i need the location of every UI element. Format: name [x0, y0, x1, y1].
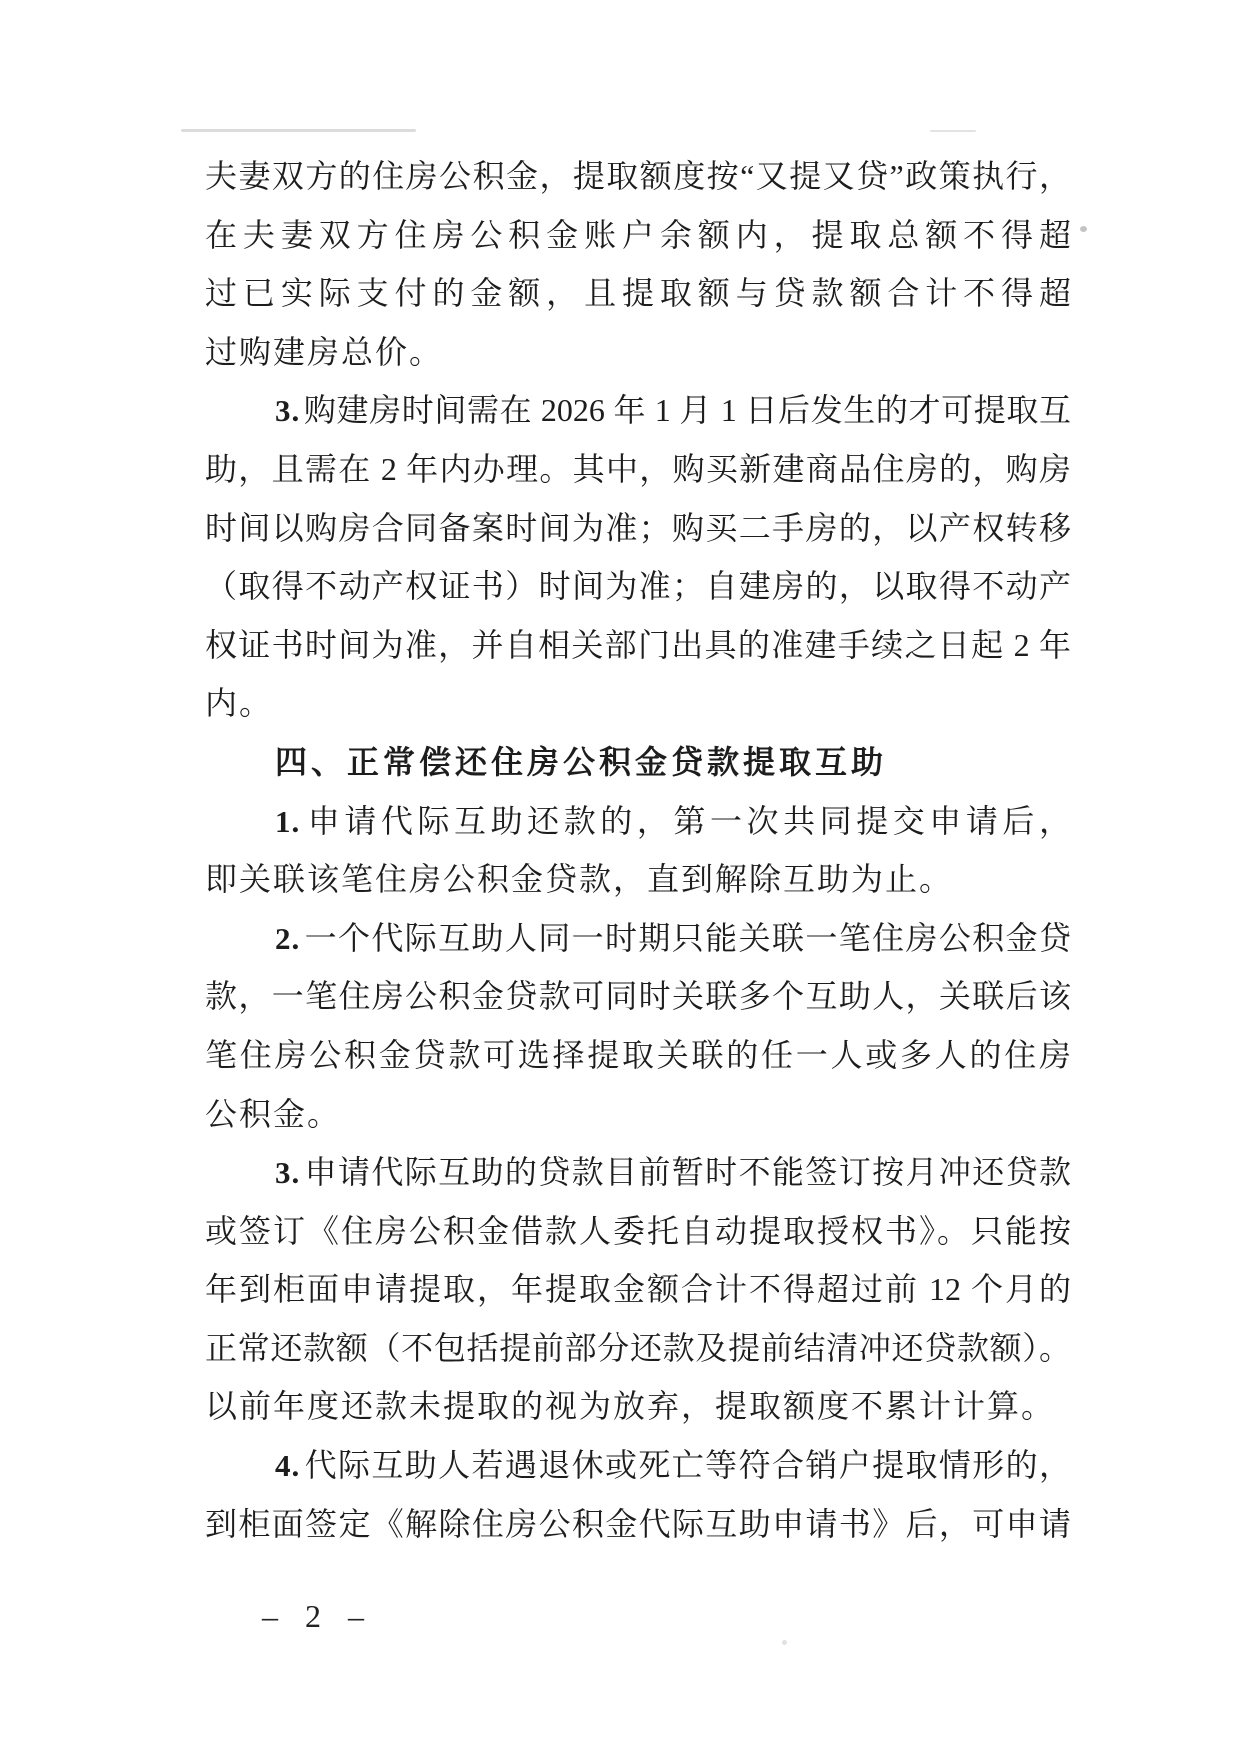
line-text: 申请代际互助的贷款目前暂时不能签订按月冲还贷款: [303, 1154, 1071, 1190]
list-number: 2.: [275, 921, 303, 956]
text-line: 助，且需在 2 年内办理。其中，购买新建商品住房的，购房: [205, 440, 1071, 499]
text-line: 正常还款额（不包括提前部分还款及提前结清冲还贷款额）。: [205, 1319, 1071, 1378]
line-text: 笔住房公积金贷款可选择提取关联的任一人或多人的住房: [205, 1037, 1071, 1073]
line-text: 年到柜面申请提取，年提取金额合计不得超过前 12 个月的: [205, 1271, 1071, 1307]
text-line: 以前年度还款未提取的视为放弃，提取额度不累计计算。: [205, 1377, 1071, 1436]
text-line: 夫妻双方的住房公积金，提取额度按“又提又贷”政策执行，: [205, 147, 1071, 206]
text-line: 3.购建房时间需在 2026 年 1 月 1 日后发生的才可提取互: [205, 381, 1071, 440]
line-text: 公积金。: [205, 1096, 341, 1132]
line-text: 到柜面签定《解除住房公积金代际互助申请书》后，可申请: [205, 1506, 1071, 1542]
line-text: 过购建房总价。: [205, 334, 443, 370]
list-number: 4.: [275, 1448, 303, 1483]
line-text: 一个代际互助人同一时期只能关联一笔住房公积金贷: [303, 920, 1071, 956]
text-line: 时间以购房合同备案时间为准；购买二手房的，以产权转移: [205, 499, 1071, 558]
list-number: 1.: [275, 804, 303, 839]
text-line: 公积金。: [205, 1085, 1071, 1144]
text-line: （取得不动产权证书）时间为准；自建房的，以取得不动产: [205, 557, 1071, 616]
scan-speck: [782, 1640, 787, 1645]
text-line: 或签订《住房公积金借款人委托自动提取授权书》。只能按: [205, 1202, 1071, 1261]
text-line: 到柜面签定《解除住房公积金代际互助申请书》后，可申请: [205, 1495, 1071, 1554]
line-text: 夫妻双方的住房公积金，提取额度按“又提又贷”政策执行，: [205, 158, 1071, 194]
text-line: 1.申请代际互助还款的，第一次共同提交申请后，: [205, 792, 1071, 851]
line-text: （取得不动产权证书）时间为准；自建房的，以取得不动产: [205, 568, 1071, 604]
list-number: 3.: [275, 1155, 303, 1190]
line-text: 权证书时间为准，并自相关部门出具的准建手续之日起 2 年: [205, 627, 1071, 663]
text-line: 内。: [205, 674, 1071, 733]
text-line: 即关联该笔住房公积金贷款，直到解除互助为止。: [205, 850, 1071, 909]
scan-streak: [930, 130, 976, 132]
line-text: 款，一笔住房公积金贷款可同时关联多个互助人，关联后该: [205, 978, 1071, 1014]
line-text: 时间以购房合同备案时间为准；购买二手房的，以产权转移: [205, 510, 1071, 546]
line-text: 即关联该笔住房公积金贷款，直到解除互助为止。: [205, 861, 953, 897]
text-line: 年到柜面申请提取，年提取金额合计不得超过前 12 个月的: [205, 1260, 1071, 1319]
line-text: 以前年度还款未提取的视为放弃，提取额度不累计计算。: [205, 1388, 1055, 1424]
document-body: 夫妻双方的住房公积金，提取额度按“又提又贷”政策执行， 在夫妻双方住房公积金账户…: [205, 147, 1071, 1553]
text-line: 权证书时间为准，并自相关部门出具的准建手续之日起 2 年: [205, 616, 1071, 675]
line-text: 购建房时间需在 2026 年 1 月 1 日后发生的才可提取互: [303, 392, 1071, 428]
text-line: 2.一个代际互助人同一时期只能关联一笔住房公积金贷: [205, 909, 1071, 968]
list-number: 3.: [275, 393, 303, 428]
page-number: – 2 –: [262, 1598, 369, 1635]
text-line: 过已实际支付的金额，且提取额与贷款额合计不得超: [205, 264, 1071, 323]
section-heading: 四、正常偿还住房公积金贷款提取互助: [205, 733, 1071, 792]
text-line: 款，一笔住房公积金贷款可同时关联多个互助人，关联后该: [205, 967, 1071, 1026]
scan-streak: [181, 129, 416, 132]
text-line: 笔住房公积金贷款可选择提取关联的任一人或多人的住房: [205, 1026, 1071, 1085]
line-text: 正常还款额（不包括提前部分还款及提前结清冲还贷款额）。: [205, 1330, 1071, 1366]
line-text: 代际互助人若遇退休或死亡等符合销户提取情形的，: [303, 1447, 1071, 1483]
line-text: 或签订《住房公积金借款人委托自动提取授权书》。只能按: [205, 1213, 1071, 1249]
line-text: 过已实际支付的金额，且提取额与贷款额合计不得超: [205, 275, 1071, 311]
line-text: 内。: [205, 685, 273, 721]
line-text: 申请代际互助还款的，第一次共同提交申请后，: [303, 803, 1071, 839]
heading-text: 四、正常偿还住房公积金贷款提取互助: [275, 744, 887, 780]
text-line: 4.代际互助人若遇退休或死亡等符合销户提取情形的，: [205, 1436, 1071, 1495]
line-text: 在夫妻双方住房公积金账户余额内，提取总额不得超: [205, 217, 1071, 253]
text-line: 过购建房总价。: [205, 323, 1071, 382]
document-page: 夫妻双方的住房公积金，提取额度按“又提又贷”政策执行， 在夫妻双方住房公积金账户…: [0, 0, 1240, 1754]
text-line: 3.申请代际互助的贷款目前暂时不能签订按月冲还贷款: [205, 1143, 1071, 1202]
text-line: 在夫妻双方住房公积金账户余额内，提取总额不得超: [205, 206, 1071, 265]
scan-speck: [1080, 226, 1087, 232]
line-text: 助，且需在 2 年内办理。其中，购买新建商品住房的，购房: [205, 451, 1071, 487]
